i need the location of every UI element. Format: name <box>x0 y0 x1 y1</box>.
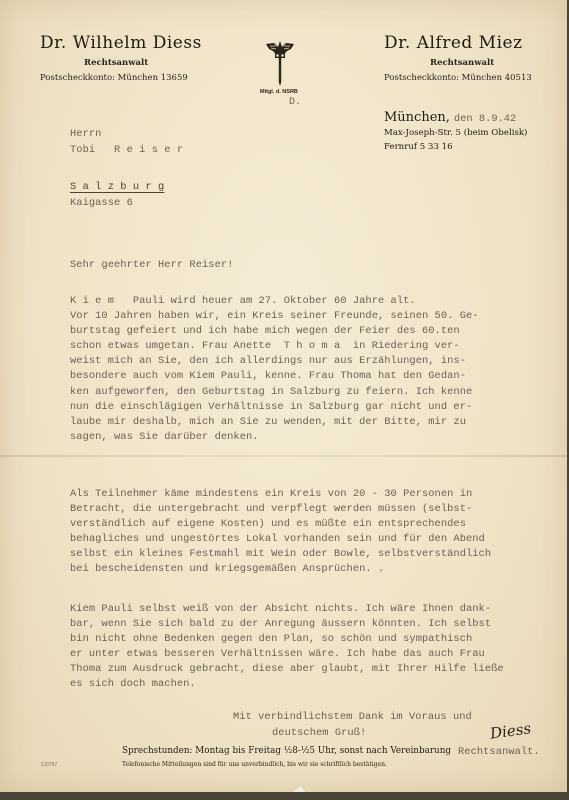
text-line: Betracht, die untergebracht und verpfleg… <box>70 502 567 517</box>
text-line: weist mich an Sie, den ich allerdings nu… <box>70 354 567 369</box>
office-phone: Fernruf 5 33 16 <box>384 142 453 152</box>
left-lawyer-title: Rechtsanwalt <box>84 58 148 68</box>
body-paragraph-2: Als Teilnehmer käme mindestens ein Kreis… <box>70 487 567 578</box>
text-line: besondere auch vom Kiem Pauli, kenne. Fr… <box>70 369 567 384</box>
emblem-caption: Mitgl. d. NSRB <box>260 89 298 95</box>
text-line: bei bescheidensten und kriegsgemäßen Ans… <box>70 562 567 577</box>
text-line: Kiem Pauli selbst weiß von der Absicht n… <box>70 602 567 617</box>
greeting: Sehr geehrter Herr Reiser! <box>70 258 233 273</box>
paper-tear <box>283 786 311 792</box>
text-line: nun die einschlägigen Verhältnisse in Sa… <box>70 400 567 415</box>
right-lawyer-account: Postscheckkonto: München 40513 <box>384 73 532 83</box>
recipient-name: Tobi R e i s e r <box>70 143 183 158</box>
phone-notice: Telefonische Mitteilungen sind für uns u… <box>122 761 387 768</box>
place-date: München, den 8.9.42 <box>384 108 516 126</box>
left-lawyer-name: Dr. Wilhelm Diess <box>40 33 202 53</box>
body-paragraph-1: K i e m Pauli wird heuer am 27. Oktober … <box>70 294 567 445</box>
text-line: Als Teilnehmer käme mindestens ein Kreis… <box>70 487 567 502</box>
recipient-street: Kaigasse 6 <box>70 196 133 211</box>
text-line: ken aufgeworfen, den Geburtstag in Salzb… <box>70 385 567 400</box>
eagle-sword-emblem-icon <box>265 38 295 88</box>
letter-page: Dr. Wilhelm Diess Rechtsanwalt Postschec… <box>0 0 567 792</box>
text-line: bin nicht ohne Bedenken gegen den Plan, … <box>70 632 567 647</box>
text-line: Thoma zum Ausdruck gebracht, diese aber … <box>70 662 567 677</box>
text-line: K i e m Pauli wird heuer am 27. Oktober … <box>70 294 567 309</box>
recipient-city: S a l z b u r g <box>70 180 164 195</box>
text-line: bar, wenn Sie sich bald zu der Anregung … <box>70 617 567 632</box>
recipient-last-name: R e i s e r <box>114 144 183 156</box>
closing-line-1: Mit verbindlichstem Dank im Voraus und <box>233 710 472 725</box>
text-line: Vor 10 Jahren haben wir, ein Kreis seine… <box>70 309 567 324</box>
text-line: laube mir deshalb, mich an Sie zu wenden… <box>70 415 567 430</box>
text-line: verständlich auf eigene Kosten) und es m… <box>70 517 567 532</box>
left-lawyer-account: Postscheckkonto: München 13659 <box>40 73 188 83</box>
right-lawyer-title: Rechtsanwalt <box>430 58 494 68</box>
office-address: Max-Joseph-Str. 5 (beim Obelisk) <box>384 128 527 138</box>
text-line: selbst ein kleines Festmahl mit Wein ode… <box>70 547 567 562</box>
text-line: er unter etwas besseren Verhältnissen wä… <box>70 647 567 662</box>
handwritten-signature: Diess <box>489 719 532 743</box>
office-hours: Sprechstunden: Montag bis Freitag ½8-½5 … <box>122 746 451 756</box>
recipient-first-name: Tobi <box>70 144 95 156</box>
text-line: sagen, was Sie darüber denken. <box>70 430 567 445</box>
form-code: C/0757. <box>41 762 59 768</box>
right-lawyer-name: Dr. Alfred Miez <box>384 33 523 53</box>
text-line: es sich doch machen. <box>70 677 567 692</box>
signer-title: Rechtsanwalt. <box>458 745 540 760</box>
closing-line-2: deutschem Gruß! <box>272 726 366 741</box>
recipient-salutation: Herrn <box>70 127 101 142</box>
paper-fold <box>0 455 567 457</box>
body-paragraph-3: Kiem Pauli selbst weiß von der Absicht n… <box>70 602 567 693</box>
date: den 8.9.42 <box>454 113 516 125</box>
emblem-initial: D. <box>289 97 301 108</box>
text-line: burtstag gefeiert und ich habe mich wege… <box>70 324 567 339</box>
text-line: behagliches und ungestörtes Lokal vorhan… <box>70 532 567 547</box>
place: München, <box>384 110 450 125</box>
text-line: schon etwas umgetan. Frau Anette T h o m… <box>70 339 567 354</box>
